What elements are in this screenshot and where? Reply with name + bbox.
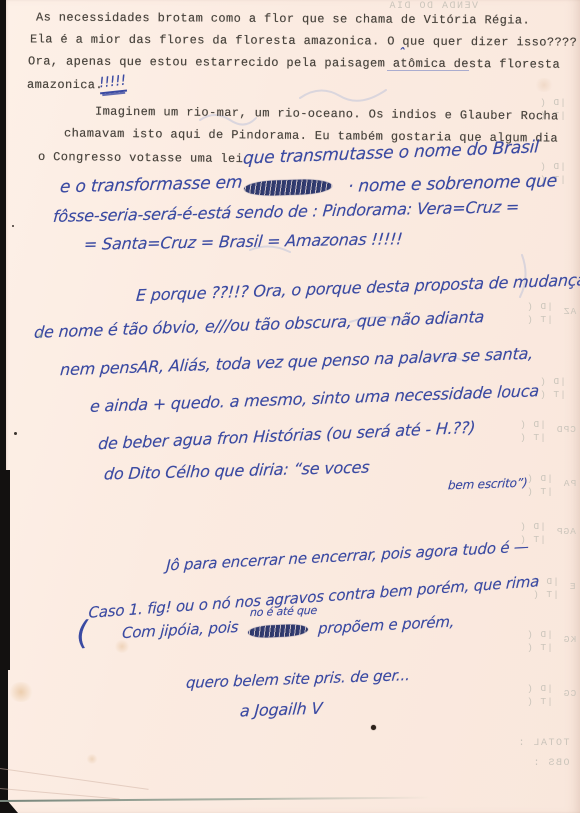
handwritten-underline [387, 70, 469, 71]
paper-stain [8, 682, 34, 702]
paper-stain [534, 78, 554, 92]
paper-speck [12, 225, 14, 227]
handwritten-signoff: a Jogailh V [239, 699, 323, 721]
typed-line: o Congresso votasse uma lei [38, 150, 243, 166]
handwritten-line: bem escrito”) [448, 476, 528, 493]
paper-stain [114, 640, 130, 653]
handwritten-exclamations: !!!!! [98, 73, 127, 92]
scanned-manuscript-screenshot: VENDA DO DIA |D (|T ( |D (|T ( AZ |D (|T… [0, 0, 580, 813]
handwritten-open-paren: ( [75, 614, 90, 653]
paper-speck [14, 432, 17, 435]
handwritten-insertion: no é até que [250, 604, 318, 619]
handwritten-circumflex-correction: ˆ [399, 46, 405, 60]
ink-dot [371, 725, 376, 730]
typed-line: amazonica. [27, 78, 103, 92]
paper-stain [86, 754, 98, 764]
paper-stain [36, 332, 44, 339]
